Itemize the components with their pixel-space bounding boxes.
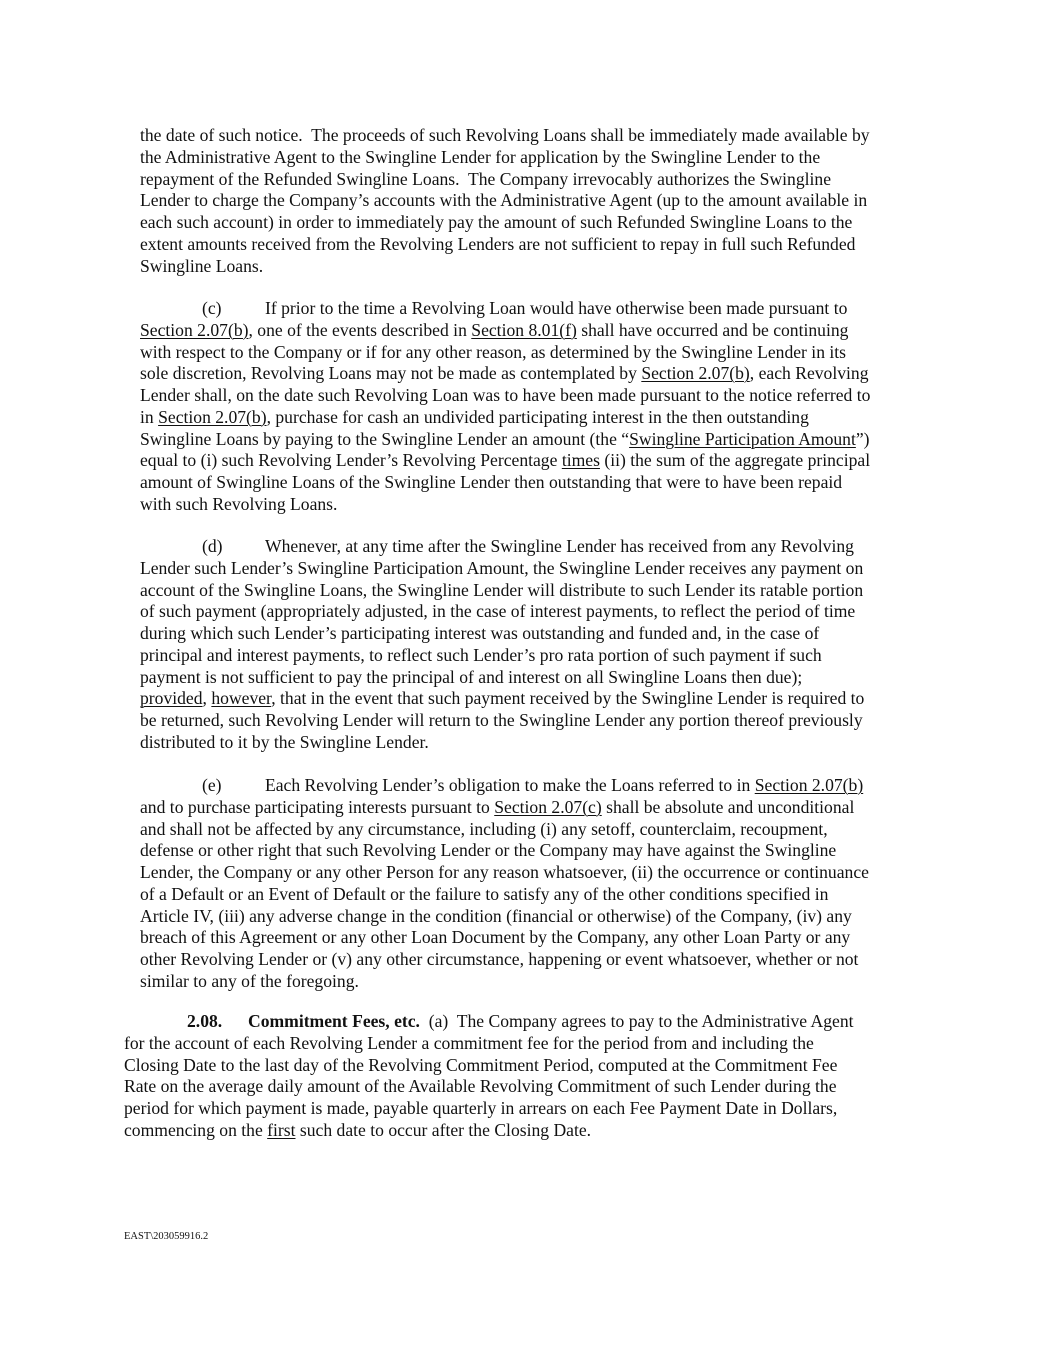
text-line: and shall not be affected by any circums… <box>140 819 869 841</box>
text-span: Swingline Loans by paying to the Swingli… <box>140 429 629 449</box>
text-line: breach of this Agreement or any other Lo… <box>140 927 869 949</box>
text-line: principal and interest payments, to refl… <box>140 645 864 667</box>
text-line: Lender to charge the Company’s accounts … <box>140 190 870 212</box>
paragraph-label: (e) <box>202 775 265 797</box>
section-heading: Commitment Fees, etc. <box>248 1011 420 1031</box>
text-line: for the account of each Revolving Lender… <box>124 1033 854 1055</box>
document-id-footer: EAST\203059916.2 <box>124 1231 208 1243</box>
text-line: Swingline Loans. <box>140 256 870 278</box>
section-reference-link: Section 2.07(b) <box>140 320 248 340</box>
text-line: of a Default or an Event of Default or t… <box>140 884 869 906</box>
text-line: payment is not sufficient to pay the pri… <box>140 667 864 689</box>
text-line: similar to any of the foregoing. <box>140 971 869 993</box>
defined-term: Swingline Participation Amount <box>629 429 856 449</box>
text-line: Lender, the Company or any other Person … <box>140 862 869 884</box>
text-line: sole discretion, Revolving Loans may not… <box>140 363 870 385</box>
text-line: be returned, such Revolving Lender will … <box>140 710 864 732</box>
text-line: distributed to it by the Swingline Lende… <box>140 732 864 754</box>
text-span: sole discretion, Revolving Loans may not… <box>140 363 641 383</box>
paragraph-label: (c) <box>202 298 265 320</box>
section-reference-link: Section 8.01(f) <box>471 320 577 340</box>
section-2-08: 2.08.Commitment Fees, etc. (a) The Compa… <box>124 1011 854 1142</box>
text-line: each such account) in order to immediate… <box>140 212 870 234</box>
section-reference-link: Section 2.07(c) <box>494 797 602 817</box>
text-line: with such Revolving Loans. <box>140 494 870 516</box>
text-span: (a) The Company agrees to pay to the Adm… <box>429 1011 854 1031</box>
text-line: other Revolving Lender or (v) any other … <box>140 949 869 971</box>
text-line: amount of Swingline Loans of the Swingli… <box>140 472 870 494</box>
text-line: with respect to the Company or if for an… <box>140 342 870 364</box>
text-span: , each Revolving <box>750 363 869 383</box>
text-line: (c)If prior to the time a Revolving Loan… <box>140 298 870 320</box>
paragraph-c: (c)If prior to the time a Revolving Loan… <box>140 298 870 516</box>
text-line: 2.08.Commitment Fees, etc. (a) The Compa… <box>124 1011 854 1033</box>
text-span: such date to occur after the Closing Dat… <box>296 1120 592 1140</box>
paragraph-e: (e)Each Revolving Lender’s obligation to… <box>140 775 869 993</box>
text-line: Closing Date to the last day of the Revo… <box>124 1055 854 1077</box>
document-page: the date of such notice. The proceeds of… <box>0 0 1055 1365</box>
section-reference-link: Section 2.07(b) <box>158 407 266 427</box>
text-line: of such payment (appropriately adjusted,… <box>140 601 864 623</box>
emphasis-term: times <box>562 450 600 470</box>
text-line: in Section 2.07(b), purchase for cash an… <box>140 407 870 429</box>
text-line: during which such Lender’s participating… <box>140 623 864 645</box>
text-line: the Administrative Agent to the Swinglin… <box>140 147 870 169</box>
emphasis-term: first <box>267 1120 295 1140</box>
text-span: commencing on the <box>124 1120 267 1140</box>
text-line: repayment of the Refunded Swingline Loan… <box>140 169 870 191</box>
text-span: and to purchase participating interests … <box>140 797 494 817</box>
text-span: (ii) the sum of the aggregate principal <box>600 450 870 470</box>
text-span: , that in the event that such payment re… <box>271 688 864 708</box>
text-line: extent amounts received from the Revolvi… <box>140 234 870 256</box>
text-span: shall be absolute and unconditional <box>602 797 855 817</box>
paragraph-label: (d) <box>202 536 265 558</box>
text-span: in <box>140 407 158 427</box>
paragraph-d: (d)Whenever, at any time after the Swing… <box>140 536 864 754</box>
text-span: equal to (i) such Revolving Lender’s Rev… <box>140 450 562 470</box>
emphasis-term: however <box>211 688 271 708</box>
text-line: Swingline Loans by paying to the Swingli… <box>140 429 870 451</box>
text-line: Section 2.07(b), one of the events descr… <box>140 320 870 342</box>
text-span: ”) <box>856 429 870 449</box>
text-line: commencing on the first such date to occ… <box>124 1120 854 1142</box>
text-span: Each Revolving Lender’s obligation to ma… <box>265 775 755 795</box>
text-line: provided, however, that in the event tha… <box>140 688 864 710</box>
text-line: and to purchase participating interests … <box>140 797 869 819</box>
text-line: defense or other right that such Revolvi… <box>140 840 869 862</box>
text-line: Article IV, (iii) any adverse change in … <box>140 906 869 928</box>
text-span: If prior to the time a Revolving Loan wo… <box>265 298 847 318</box>
text-line: Rate on the average daily amount of the … <box>124 1076 854 1098</box>
emphasis-term: provided <box>140 688 203 708</box>
text-span: Whenever, at any time after the Swinglin… <box>265 536 854 556</box>
text-line: Lender shall, on the date such Revolving… <box>140 385 870 407</box>
text-line: Lender such Lender’s Swingline Participa… <box>140 558 864 580</box>
text-line: account of the Swingline Loans, the Swin… <box>140 580 864 602</box>
text-span: shall have occurred and be continuing <box>577 320 849 340</box>
text-line: the date of such notice. The proceeds of… <box>140 125 870 147</box>
text-line: period for which payment is made, payabl… <box>124 1098 854 1120</box>
text-span: , one of the events described in <box>248 320 471 340</box>
text-line: equal to (i) such Revolving Lender’s Rev… <box>140 450 870 472</box>
section-reference-link: Section 2.07(b) <box>641 363 749 383</box>
text-span: , purchase for cash an undivided partici… <box>267 407 809 427</box>
section-reference-link: Section 2.07(b) <box>755 775 863 795</box>
continuation-paragraph: the date of such notice. The proceeds of… <box>140 125 870 277</box>
text-line: (e)Each Revolving Lender’s obligation to… <box>140 775 869 797</box>
section-number: 2.08. <box>187 1011 248 1033</box>
text-line: (d)Whenever, at any time after the Swing… <box>140 536 864 558</box>
